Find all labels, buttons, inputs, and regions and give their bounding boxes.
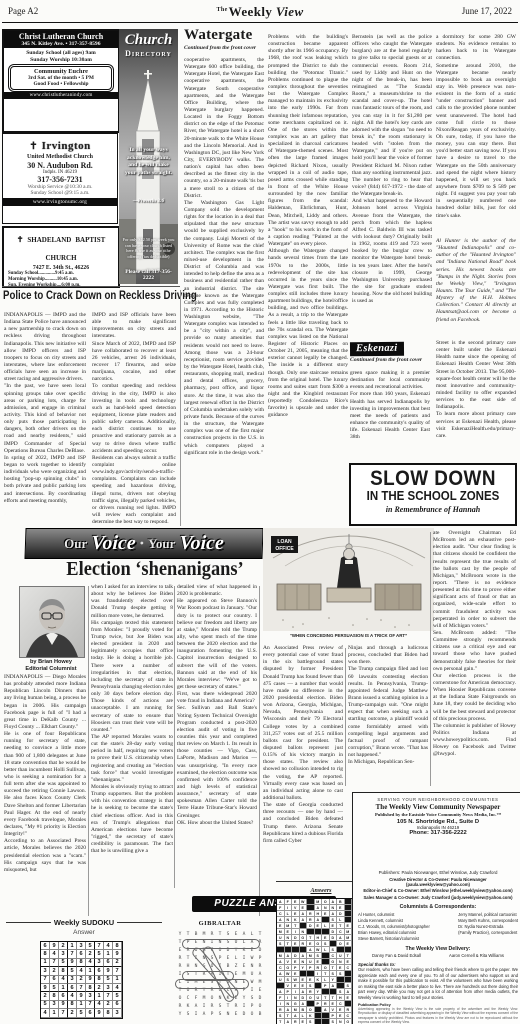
masthead-phone: Phone: 317-356-2222 [358, 830, 518, 836]
sudoku-cell: 9 [104, 967, 113, 975]
wordsearch-cell: E [256, 986, 264, 994]
watergate-col2: Problems with the building's constructio… [268, 34, 348, 526]
sudoku-cell: 2 [68, 1009, 77, 1017]
masthead-title: The Weekly View Community Newspaper [358, 803, 518, 811]
wordsearch-cell: O [176, 994, 184, 1002]
sudoku-cell: 8 [68, 1001, 77, 1009]
wordsearch-cell: L [232, 954, 240, 962]
our-voice-your-voice-banner: Our Voice • Your Voice [24, 528, 263, 559]
sudoku-cell: 7 [50, 959, 59, 967]
sudoku-cell: 1 [86, 967, 95, 975]
sudoku-cell: 1 [113, 976, 122, 984]
sudoku-cell: 8 [59, 967, 68, 975]
sudoku-cell: 7 [86, 1001, 95, 1009]
wordsearch-cell: S [248, 994, 256, 1002]
circled-word [175, 979, 249, 989]
ad-shadeland-header: ✝ SHADELAND BAPTIST CHURCH [4, 229, 118, 265]
masthead-owner1: Creative Director & Co-Owner: Paula Nice… [358, 877, 518, 887]
sudoku-cell: 3 [86, 992, 95, 1000]
masthead-publisher-line: Published by the Eastside Voice Communit… [358, 812, 518, 817]
sudoku-cell: 4 [50, 950, 59, 958]
watergate-continued-line: Continued from the front cover [184, 45, 256, 51]
directory-title-directory: Directory [119, 49, 178, 58]
euchre-title: Community Euchre [11, 68, 111, 75]
wordsearch-cell: B [192, 930, 200, 938]
masthead-owner2: Editor-in-Chief & Co-Owner: Ethel Winslo… [358, 888, 518, 893]
wordsearch-cell: I [248, 986, 256, 994]
sudoku-cell: 7 [104, 992, 113, 1000]
crossword-cell: T [277, 1019, 285, 1024]
delivery-names: Danny Fan & David Edsall Aaron Cernell &… [358, 953, 518, 958]
newspaper-page: Page A2 TheWeekly View June 17, 2022 Chr… [0, 0, 520, 1024]
wordsearch-cell: I [200, 1002, 208, 1010]
sudoku-cell: 5 [113, 992, 122, 1000]
crossword-cell: S [330, 1019, 338, 1024]
police-col1: INDIANAPOLIS — IMPD and the Indiana Stat… [4, 312, 86, 526]
sudoku-cell: 5 [41, 1001, 50, 1009]
sudoku-cell: 8 [77, 959, 86, 967]
columnist-item: Mary Beth Kuhns, correspondent [458, 918, 518, 924]
sudoku-cell: 4 [86, 959, 95, 967]
banner-voice2: Voice [179, 532, 224, 555]
sudoku-cell: 2 [59, 942, 68, 950]
columnists-left: Al Hunter, columnistLinda Kennett, colum… [358, 912, 430, 943]
wordsearch-cell: S [184, 1010, 192, 1018]
watergate-headline: Watergate [184, 27, 252, 44]
delivery-title: The Weekly View Delivery: [358, 946, 518, 952]
crossword-cell [322, 1019, 330, 1024]
cartoon-sign-line1: LOAN [277, 539, 292, 545]
sudoku-cell: 6 [104, 959, 113, 967]
thanks-text: Our readers, who have been calling and t… [358, 967, 518, 1000]
policy-text: Advertising appearing in the Weekly View… [358, 1007, 518, 1024]
cartoon-caption: “WHEN CONCEDING PERSUASION IS A TRICK OF… [263, 633, 434, 638]
cross-icon: ✝ [17, 235, 24, 244]
sudoku-cell: 8 [113, 942, 122, 950]
eskenazi-headline: Eskenazi [350, 338, 404, 356]
directory-promo: For only $12.50 per week you can have yo… [121, 237, 176, 259]
wordsearch-cell: E [232, 1010, 240, 1018]
wordsearch-cell: R [256, 962, 264, 970]
wordsearch-cell: N [224, 1010, 232, 1018]
wordsearch-cell: I [240, 1002, 248, 1010]
wordsearch-cell: W [248, 954, 256, 962]
election-col1: INDIANAPOLIS — Diego Morales has probabl… [4, 674, 86, 918]
columnist-item: Jerry Mannel, political cartoonist [458, 912, 518, 918]
sudoku-cell: 1 [77, 1001, 86, 1009]
sudoku-cell: 8 [95, 976, 104, 984]
issue-date: June 17, 2022 [462, 6, 512, 16]
church-address: 30 N. Audubon Rd. [3, 161, 117, 170]
column-rule [430, 532, 431, 786]
sudoku-cell: 5 [59, 959, 68, 967]
wordsearch-cell: T [184, 954, 192, 962]
election-col3: detailed view of what happened in 2020 i… [177, 584, 257, 890]
wordsearch-cell: O [256, 1002, 264, 1010]
wordsearch-cell: N [248, 962, 256, 970]
banner-our: Our [64, 536, 88, 552]
ad-irvington-umc: ✝ Irvington United Methodist Church 30 N… [2, 133, 118, 224]
directory-title-church: Church [119, 32, 178, 49]
wordsearch-cell: A [256, 970, 264, 978]
wordsearch-cell: W [248, 978, 256, 986]
wordsearch-title: GIBRALTAR [170, 920, 270, 927]
wordsearch-cell: T [224, 1002, 232, 1010]
byline: by Brian Howey Editorial Columnist [4, 659, 98, 673]
police-col2: IMPD and ISP officials have been able to… [92, 312, 176, 526]
watergate-author-bio: Al Hunter is the author of the "Haunted … [436, 238, 516, 336]
wordsearch-cell: E [240, 962, 248, 970]
sudoku-cell: 8 [104, 1009, 113, 1017]
service-time: Sunday School (all ages) 9am [4, 50, 118, 56]
ad-christ-lutheran-header: Christ Lutheran Church 345 N. Kitley Ave… [4, 31, 118, 48]
sudoku-title: Weekly SUDOKU [6, 918, 162, 927]
sudoku-cell: 2 [104, 1001, 113, 1009]
sudoku-cell: 9 [86, 976, 95, 984]
sudoku-cell: 7 [77, 984, 86, 992]
sudoku-cell: 5 [50, 984, 59, 992]
wordsearch-cell: A [240, 930, 248, 938]
sudoku-cell: 2 [86, 950, 95, 958]
sudoku-cell: 5 [104, 976, 113, 984]
sudoku-cell: 3 [68, 976, 77, 984]
delivery-right: Aaron Cernell & Rita Williams [449, 953, 504, 958]
wordsearch-cell: S [216, 1010, 224, 1018]
sudoku-cell: 9 [95, 1009, 104, 1017]
wordsearch-cell: E [224, 954, 232, 962]
sudoku-cell: 2 [77, 976, 86, 984]
church-phone: 317-356-7231 [3, 175, 117, 184]
sudoku-cell: 4 [95, 1001, 104, 1009]
sudoku-cell: 7 [41, 976, 50, 984]
wordsearch-cell: S [224, 930, 232, 938]
masthead-tagline: SERVING YOUR NEIGHBORHOOD COMMUNITIES [358, 797, 518, 802]
sudoku-cell: 1 [104, 950, 113, 958]
sudoku-cell: 7 [68, 950, 77, 958]
sudoku-cell: 9 [113, 950, 122, 958]
ad-christ-lutheran: Christ Lutheran Church 345 N. Kitley Ave… [2, 29, 120, 133]
sudoku-cell: 3 [50, 1001, 59, 1009]
columnists-title: Columnists & Correspondents: [358, 904, 518, 910]
wordsearch-cell: H [184, 962, 192, 970]
column-rule [180, 290, 181, 526]
bible-verse-reference: —Proverbs 3:6 [122, 199, 175, 204]
wordsearch-cell: L [248, 930, 256, 938]
wordsearch-cell: M [200, 930, 208, 938]
columnist-item: Steve Barnett, historian/columnist [358, 936, 430, 942]
sudoku-grid: 6921357488437625191759843623285416977643… [40, 941, 123, 1019]
masthead-owner3: Sales Manager & Co-Owner: Judy Crawford … [358, 895, 518, 900]
masthead-view: View [276, 4, 304, 19]
wordsearch-cell: I [240, 954, 248, 962]
church-subname: United Methodist Church [3, 154, 117, 160]
sudoku-cell: 9 [77, 992, 86, 1000]
sudoku-cell: 1 [68, 942, 77, 950]
banner-dot: • [139, 536, 144, 551]
wordsearch-cell: N [192, 962, 200, 970]
wordsearch-cell: S [216, 1002, 224, 1010]
masthead-box-bottom: Publishers: Paula Nicewanger, Ethel Wins… [352, 866, 520, 1024]
election-col5: Ninjas and through a ludicrous process, … [348, 645, 428, 788]
sudoku-cell: 8 [41, 950, 50, 958]
wordsearch-cell: O [208, 994, 216, 1002]
eskenazi-label: Eskenazi [350, 342, 404, 356]
slow-down-line1: SLOW DOWN [359, 468, 507, 490]
crossword-cell: A [285, 1019, 293, 1024]
wordsearch-cell: T [184, 930, 192, 938]
sudoku-cell: 9 [68, 959, 77, 967]
church-address: 345 N. Kitley Ave. • 317-357-8596 [4, 41, 118, 47]
sudoku-cell: 3 [113, 1009, 122, 1017]
church-directory-graphic: Church Directory In all your ways acknow… [119, 29, 178, 284]
delivery-left: Danny Fan & David Edsall [372, 953, 421, 958]
sudoku-cell: 8 [86, 984, 95, 992]
wordsearch-cell: T [216, 930, 224, 938]
sudoku-cell: 1 [95, 992, 104, 1000]
crossword-cell: E [300, 1019, 308, 1024]
wordsearch-cell: B [256, 1010, 264, 1018]
ad-shadeland-baptist: ✝ SHADELAND BAPTIST CHURCH 7427 E. 34th … [2, 226, 120, 288]
euchre-box: Community Euchre 3rd Sat. of the month •… [10, 66, 112, 90]
euchre-sub: Good Food • Fellowship [11, 81, 111, 87]
sudoku-cell: 1 [50, 1009, 59, 1017]
wordsearch-cell: B [224, 962, 232, 970]
sudoku-cell: 7 [95, 942, 104, 950]
sudoku-cell: 5 [77, 1009, 86, 1017]
sudoku-cell: 4 [77, 967, 86, 975]
crossword-cell: R [292, 1019, 300, 1024]
wordsearch-cell: Y [176, 1010, 184, 1018]
columnists-right: Jerry Mannel, political cartoonistMary B… [458, 912, 518, 943]
wordsearch-cell: U [248, 970, 256, 978]
police-headline: Police to Crack Down on Reckless Driving [3, 290, 197, 302]
wordsearch-cell: A [192, 1002, 200, 1010]
sudoku-cell: 1 [59, 984, 68, 992]
eskenazi-col1: green space making it a premier destinat… [350, 370, 430, 458]
wordsearch-grid-wrap: YTBMRTSEALTTPENINSULAREROMCODYKEDRTINSPE… [176, 930, 264, 1020]
ad-irvington-header: ✝ Irvington [3, 136, 117, 154]
sudoku-cell: 7 [59, 1009, 68, 1017]
wordsearch-cell: M [256, 978, 264, 986]
sudoku-cell: 3 [41, 967, 50, 975]
wordsearch-cell: Y [240, 994, 248, 1002]
sudoku-cell: 6 [95, 967, 104, 975]
bible-verse: In all your ways acknowledge him, and he… [122, 147, 175, 177]
election-headline: Election ‘shenanigans’ [22, 558, 289, 581]
sudoku-cell: 4 [68, 992, 77, 1000]
service-time: Sunday Worship 10:30am [4, 57, 118, 63]
cartoon-illustration: LOAN OFFICE [263, 528, 434, 631]
wordsearch-cell: M [240, 970, 248, 978]
eskenazi-continued-line: Continued from the front cover [350, 357, 422, 363]
sudoku-cell: 9 [59, 1001, 68, 1009]
sudoku-cell: 4 [104, 942, 113, 950]
sudoku-answer-label: Answer [6, 929, 162, 936]
church-name: SHADELAND [27, 236, 71, 244]
byline-name: by Brian Howey [4, 659, 98, 666]
sudoku-cell: 9 [41, 984, 50, 992]
sudoku-cell: 5 [68, 967, 77, 975]
sudoku-cell: 6 [77, 950, 86, 958]
wordsearch-cell: E [232, 930, 240, 938]
sudoku-cell: 8 [50, 992, 59, 1000]
wordsearch-cell: R [176, 954, 184, 962]
wordsearch-cell: K [184, 1002, 192, 1010]
wordsearch-cell: C [184, 994, 192, 1002]
wordsearch-cell: Z [232, 962, 240, 970]
wordsearch-cell: R [208, 930, 216, 938]
sudoku-cell: 6 [68, 984, 77, 992]
sudoku-cell: 6 [59, 992, 68, 1000]
wordsearch-cell: R [176, 962, 184, 970]
newspaper-masthead: TheWeekly View [0, 4, 520, 20]
church-name: Irvington [42, 140, 91, 152]
brian-howey-photo [19, 586, 85, 658]
sudoku-cell: 3 [104, 984, 113, 992]
cartoon-sign-line2: OFFICE [275, 546, 294, 552]
byline-title: Editorial Columnist [4, 666, 98, 673]
church-url: www.christlutheranindy.com [4, 92, 118, 99]
watergate-col4: a dormitory for some 280 GW students. No… [436, 34, 516, 234]
header-rule [2, 22, 518, 23]
section-rule [2, 286, 180, 287]
sudoku-cell: 6 [86, 1009, 95, 1017]
wordsearch-cell: F [192, 994, 200, 1002]
crossword-cell: S [307, 1019, 315, 1024]
masthead-weekly: Weekly [229, 4, 273, 19]
columnist-item: (Family Practice), correspondent [458, 930, 518, 936]
election-col2: when I asked for an interview to talk ab… [91, 584, 173, 918]
sudoku-cell: 6 [113, 1001, 122, 1009]
sudoku-cell: 9 [50, 942, 59, 950]
slow-down-notice: SLOW DOWN IN THE SCHOOL ZONES in Remembr… [349, 463, 517, 526]
sudoku-cell: 3 [77, 942, 86, 950]
column-rule [259, 586, 260, 916]
masthead-box-top: SERVING YOUR NEIGHBORHOOD COMMUNITIES Th… [352, 792, 520, 876]
banner-your: Your [148, 536, 176, 552]
sudoku-cell: 6 [41, 942, 50, 950]
service-time: Sunday School @9:15 a.m. [3, 190, 117, 196]
wordsearch-cell: R [176, 1002, 184, 1010]
wordsearch-cell: T [256, 930, 264, 938]
masthead-publishers: Publishers: Paula Nicewanger, Ethel Wins… [358, 870, 518, 875]
wordsearch-cell: Y [176, 930, 184, 938]
sudoku-cell: 2 [95, 984, 104, 992]
sudoku-cell: 3 [59, 950, 68, 958]
masthead-the: The [216, 7, 227, 13]
wordsearch-cell: R [232, 1002, 240, 1010]
slow-down-line3: in Remembrance of Hannah [351, 505, 515, 514]
column-rule [345, 648, 346, 786]
sudoku-cell: 2 [41, 992, 50, 1000]
crossword-cell [315, 1019, 323, 1024]
sudoku-cell: 4 [113, 984, 122, 992]
crossword-cell: O [345, 1019, 353, 1024]
columnists-lists: Al Hunter, columnistLinda Kennett, colum… [358, 912, 518, 943]
sudoku-cell: 2 [50, 967, 59, 975]
wordsearch-cell: P [248, 1002, 256, 1010]
sudoku-cell: 4 [41, 1009, 50, 1017]
editorial-cartoon: LOAN OFFICE [263, 528, 434, 631]
sudoku-title-text: Weekly SUDOKU [54, 918, 114, 927]
election-col6: ate Oversight Chairman Ed McBroom led an… [433, 530, 516, 788]
slow-down-line2: IN THE SCHOOL ZONES [358, 490, 509, 504]
sudoku-cell: 5 [95, 950, 104, 958]
sudoku-cell: 7 [113, 967, 122, 975]
sudoku-cell: 1 [41, 959, 50, 967]
wordsearch-cell: R [208, 1002, 216, 1010]
sudoku-cell: 3 [95, 959, 104, 967]
banner-voice1: Voice [91, 532, 136, 555]
wordsearch-cell: D [240, 1010, 248, 1018]
cross-icon: ✝ [29, 141, 37, 152]
sudoku-cell: 2 [113, 959, 122, 967]
wordsearch-cell: M [200, 994, 208, 1002]
sudoku-cell: 4 [59, 976, 68, 984]
wordsearch-cell: P [208, 1010, 216, 1018]
crossword-cell: N [337, 1019, 345, 1024]
sudoku-cell: 6 [50, 976, 59, 984]
church-name: Christ Lutheran Church [4, 32, 118, 41]
wordsearch-cell: O [248, 1010, 256, 1018]
wordsearch-cell: A [200, 1010, 208, 1018]
column-rule [88, 586, 89, 916]
church-url: www.irvingtonumc.org [3, 198, 117, 206]
wordsearch-cell: D [256, 994, 264, 1002]
wordsearch-cell: I [192, 1010, 200, 1018]
column-rule [174, 586, 175, 888]
sudoku-cell: 5 [86, 942, 95, 950]
directory-phone: Please call 317-356-2222 [121, 269, 176, 281]
eskenazi-col2: Street is the second primary care center… [436, 340, 516, 458]
watergate-col3: Bernstein (as well as the police officer… [352, 34, 432, 334]
wordsearch-cell: P [256, 954, 264, 962]
portrait-illustration [20, 587, 84, 657]
